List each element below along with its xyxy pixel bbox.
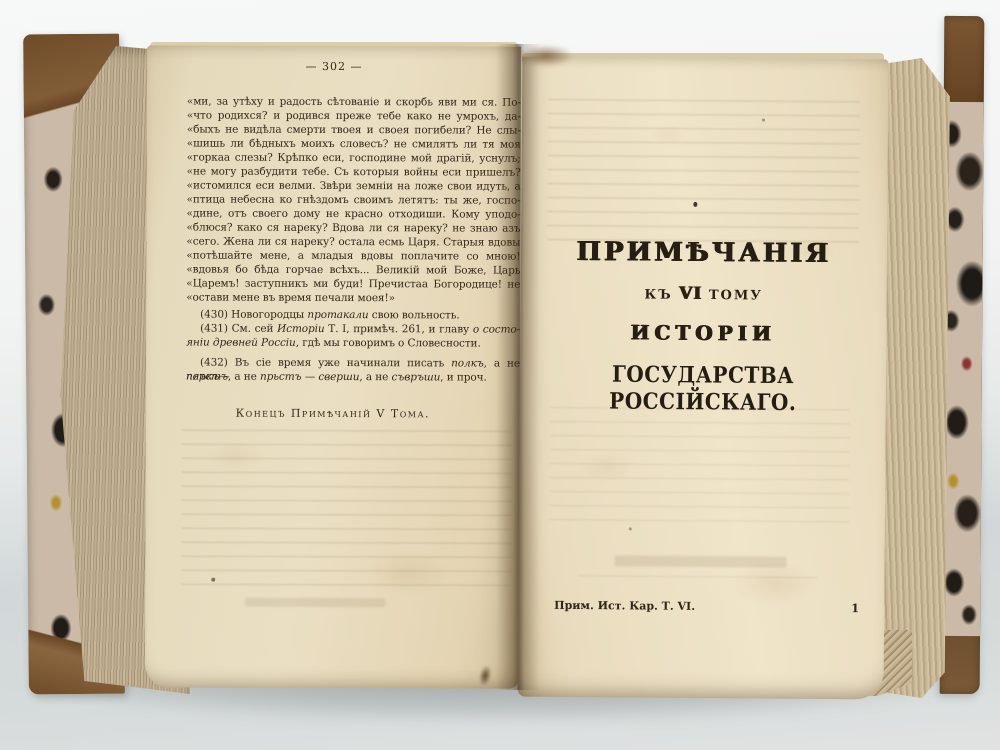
text-line: «сего. Жена ли ся нареку? остала есмь Ца… [186, 234, 520, 249]
text-segment: полкъ [451, 357, 484, 369]
right-page: ПРИМѢЧАНІЯ КЪ VI ТОМУ ИСТОРІИ ГОСУДАРСТВ… [517, 57, 888, 700]
text-segment: сверши [318, 371, 359, 383]
text-line: «остави мене въ время печали моея!» [186, 290, 520, 305]
paper-speck [762, 118, 765, 121]
text-line: «потѣшайте мене, а младыя вдовы поплачит… [186, 248, 520, 263]
end-of-volume-line: Конецъ Примѣчаній V Тома. [146, 406, 520, 420]
text-segment: о состо- [473, 323, 520, 335]
text-segment: , а не [359, 371, 391, 383]
footnotes-block: (430) Новогородцы протакали свою вольнос… [186, 307, 520, 384]
text-segment: прьстъ [260, 371, 301, 383]
text-line: «быхъ не видѣла смерти твоея и своея пог… [187, 122, 521, 137]
ink-speck [693, 202, 697, 207]
text-segment: (431) См. сей [200, 323, 277, 335]
text-segment: , а не [484, 358, 520, 370]
footnote-line: яніи древней Россіи, гдѣ мы говоримъ о С… [186, 335, 520, 350]
title-gosudarstva-rossiyskago: ГОСУДАРСТВА РОССІЙСКАГО. [520, 360, 886, 417]
page-number: 1 [840, 601, 870, 615]
text-line: «птица небесна ко гнѣздомъ своимъ летятъ… [187, 192, 521, 207]
paper-speck [211, 578, 215, 582]
text-line: «вдовья бо бѣда горчае всѣхъ... Великій … [186, 262, 520, 277]
right-page-block-edge [880, 58, 952, 698]
gutter-stain [516, 46, 590, 70]
bleed-through-texture [578, 575, 818, 587]
text-line: «шишь ли бѣдныхъ моихъ словесъ? не смиля… [187, 136, 521, 151]
text-segment: перстъ [186, 370, 228, 382]
signature-mark: Прим. Ист. Кар. Т. VI. [554, 599, 854, 614]
bleed-through-texture [615, 555, 787, 567]
text-segment: Т. I, примѣч. 261, и главу [325, 323, 473, 336]
text-line: «Царемъ! заступникъ ми буди! Пречистаа Б… [186, 276, 520, 291]
text-segment: , гдѣ мы говоримъ о Словесности. [296, 337, 481, 350]
text-segment: яніи древней Россіи [186, 336, 296, 348]
text-line: «горкаа слезы? Крѣпко еси, господине мой… [187, 150, 521, 165]
title-istorii: ИСТОРІИ [520, 320, 886, 347]
text-segment: съвръши [392, 371, 441, 383]
text-segment: , и проч. [440, 371, 486, 383]
footnote-line: перстъ, а не прьстъ — сверши, а не съвръ… [186, 369, 520, 384]
title-primechaniya: ПРИМѢЧАНІЯ [521, 237, 887, 270]
bleed-through-texture [547, 99, 860, 249]
text-line: «что родихся? и родився преже тебе како … [187, 108, 521, 123]
text-segment: свою вольность. [369, 309, 460, 321]
photo-backdrop: — 302 — «ми, за утѣху и радость сѣтовані… [0, 0, 1000, 750]
text-segment: (432) Въ сіе время уже начинали писать [200, 357, 451, 370]
title-volume-prefix: КЪ [644, 288, 672, 303]
bleed-through-texture [549, 407, 850, 527]
title-volume-line: КЪ VI ТОМУ [521, 283, 887, 306]
text-line: «блюся? како ся нареку? Вдова ли ся наре… [186, 220, 520, 235]
footnote-line: (431) См. сей Исторіи Т. I, примѣч. 261,… [186, 321, 520, 336]
text-segment: (430) Новогородцы [200, 309, 307, 321]
text-segment: — [301, 371, 318, 383]
left-page: — 302 — «ми, за утѣху и радость сѣтовані… [145, 45, 521, 688]
text-segment: , а не [228, 371, 260, 383]
text-line: «не могу разбудити тебе. Съ которыя войн… [187, 164, 521, 179]
text-line: «дине, отъ своего дому не красно отходиш… [187, 206, 521, 221]
text-line: «истомился еси велми. Звѣри земніи на ло… [187, 178, 521, 193]
title-volume-roman-numeral: VI [679, 284, 702, 304]
paper-speck [629, 527, 632, 530]
text-segment: Исторіи [277, 323, 325, 335]
footnote-line: (432) Въ сіе время уже начинали писать п… [186, 355, 520, 370]
left-page-text-column: «ми, за утѣху и радость сѣтованіе и скор… [186, 94, 521, 384]
title-volume-suffix: ТОМУ [709, 288, 763, 303]
page-number-header: — 302 — [147, 59, 521, 73]
text-segment: протакали [307, 309, 368, 321]
bleed-through-texture [181, 429, 512, 588]
text-line: «ми, за утѣху и радость сѣтованіе и скор… [187, 94, 521, 109]
bleed-through-texture [245, 598, 385, 607]
footnote-line: (430) Новогородцы протакали свою вольнос… [186, 307, 520, 322]
